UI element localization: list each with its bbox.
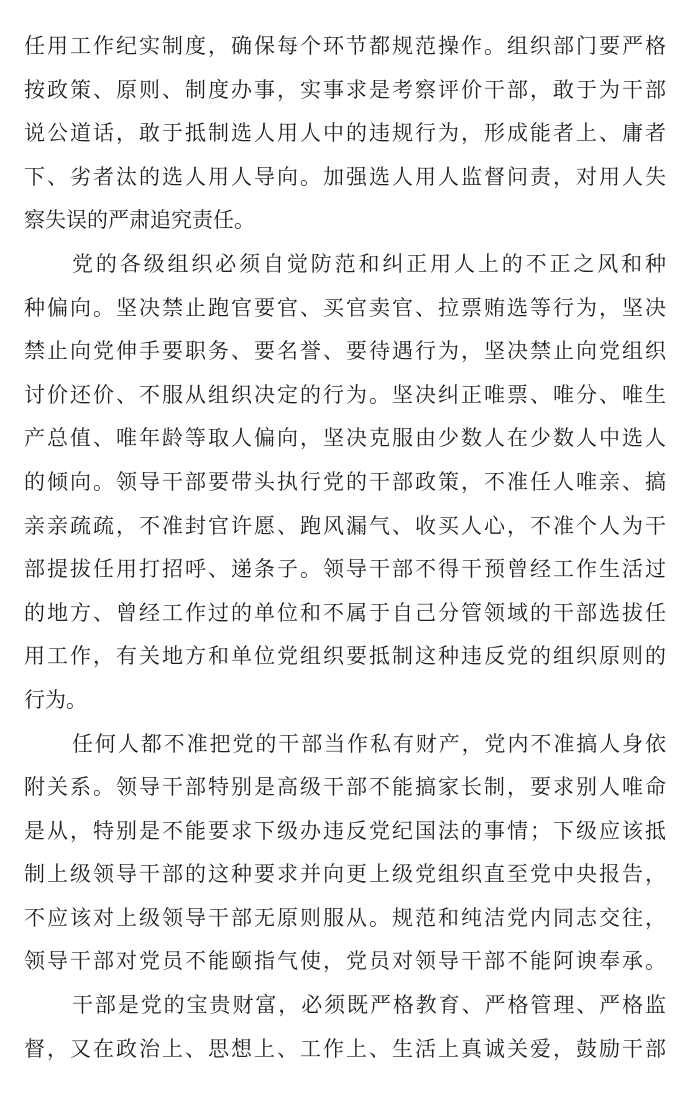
text-line: 部提拔任用打招呼、递条子。领导干部不得干预曾经工作生活过 <box>24 548 666 592</box>
text-line: 种偏向。坚决禁止跑官要官、买官卖官、拉票贿选等行为，坚决 <box>24 287 666 331</box>
text-line: 干部是党的宝贵财富，必须既严格教育、严格管理、严格监 <box>24 984 666 1028</box>
text-line: 附关系。领导干部特别是高级干部不能搞家长制，要求别人唯命 <box>24 766 666 810</box>
paragraph-4: 干部是党的宝贵财富，必须既严格教育、严格管理、严格监 督，又在政治上、思想上、工… <box>24 984 666 1071</box>
document-body: 任用工作纪实制度，确保每个环节都规范操作。组织部门要严格 按政策、原则、制度办事… <box>24 25 666 1071</box>
text-line: 是从，特别是不能要求下级办违反党纪国法的事情；下级应该抵 <box>24 810 666 854</box>
text-line: 说公道话，敢于抵制选人用人中的违规行为，形成能者上、庸者 <box>24 112 666 156</box>
text-line: 领导干部对党员不能颐指气使，党员对领导干部不能阿谀奉承。 <box>24 940 666 984</box>
text-line: 下、劣者汰的选人用人导向。加强选人用人监督问责，对用人失 <box>24 156 666 200</box>
text-line: 任用工作纪实制度，确保每个环节都规范操作。组织部门要严格 <box>24 25 666 69</box>
text-line: 的倾向。领导干部要带头执行党的干部政策，不准任人唯亲、搞 <box>24 461 666 505</box>
text-line: 察失误的严肃追究责任。 <box>24 199 666 243</box>
text-line: 党的各级组织必须自觉防范和纠正用人上的不正之风和种 <box>24 243 666 287</box>
paragraph-3: 任何人都不准把党的干部当作私有财产，党内不准搞人身依 附关系。领导干部特别是高级… <box>24 723 666 985</box>
text-line: 的地方、曾经工作过的单位和不属于自己分管领域的干部选拔任 <box>24 592 666 636</box>
text-line: 禁止向党伸手要职务、要名誉、要待遇行为，坚决禁止向党组织 <box>24 330 666 374</box>
paragraph-2: 党的各级组织必须自觉防范和纠正用人上的不正之风和种 种偏向。坚决禁止跑官要官、买… <box>24 243 666 723</box>
text-line: 亲亲疏疏，不准封官许愿、跑风漏气、收买人心，不准个人为干 <box>24 505 666 549</box>
text-line: 用工作，有关地方和单位党组织要抵制这种违反党的组织原则的 <box>24 635 666 679</box>
text-line: 任何人都不准把党的干部当作私有财产，党内不准搞人身依 <box>24 723 666 767</box>
paragraph-1: 任用工作纪实制度，确保每个环节都规范操作。组织部门要严格 按政策、原则、制度办事… <box>24 25 666 243</box>
document-page: 任用工作纪实制度，确保每个环节都规范操作。组织部门要严格 按政策、原则、制度办事… <box>0 0 691 1096</box>
text-line: 按政策、原则、制度办事，实事求是考察评价干部，敢于为干部 <box>24 69 666 113</box>
text-line: 行为。 <box>24 679 666 723</box>
text-line: 产总值、唯年龄等取人偏向，坚决克服由少数人在少数人中选人 <box>24 417 666 461</box>
text-line: 督，又在政治上、思想上、工作上、生活上真诚关爱，鼓励干部 <box>24 1028 666 1072</box>
text-line: 讨价还价、不服从组织决定的行为。坚决纠正唯票、唯分、唯生 <box>24 374 666 418</box>
text-line: 制上级领导干部的这种要求并向更上级党组织直至党中央报告， <box>24 853 666 897</box>
text-line: 不应该对上级领导干部无原则服从。规范和纯洁党内同志交往， <box>24 897 666 941</box>
